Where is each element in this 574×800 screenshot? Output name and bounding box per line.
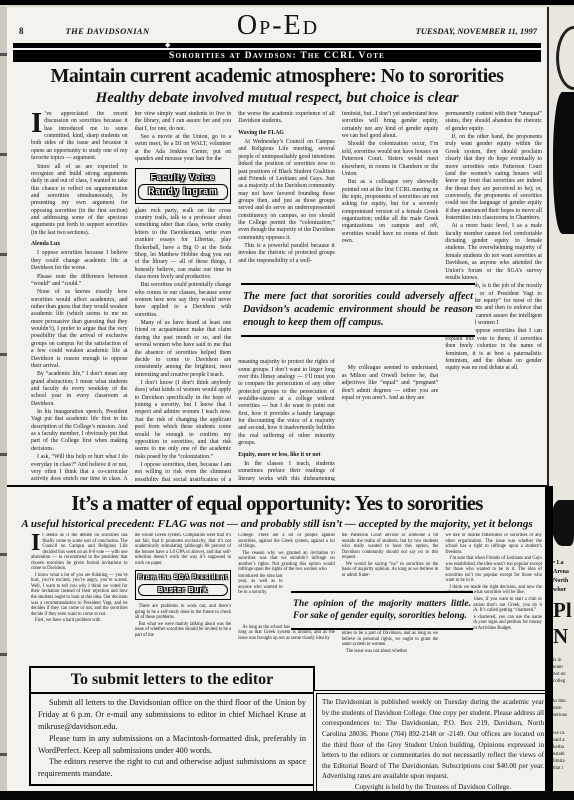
- paragraph: I oppose sororities, then, because I am …: [135, 462, 232, 481]
- header-right: TUESDAY, NOVEMBER 11, 1997: [319, 21, 537, 39]
- article1-columns: I’ve appreciated the recent discussion o…: [7, 111, 547, 481]
- adjacent-text-fragment: ketba: [553, 745, 564, 750]
- paragraph: There are problems to work out, and ther…: [135, 604, 232, 621]
- scanned-newspaper-page: 8 THE DAVIDSONIAN Op-Ed TUESDAY, NOVEMBE…: [0, 0, 574, 800]
- adjacent-text-fragment: team: [553, 665, 563, 670]
- adjacent-text-fragment: establ: [553, 752, 565, 757]
- paragraph: See a movie at the Union, go to a swim m…: [135, 134, 232, 163]
- paragraph: her view simply want students to live in…: [135, 111, 232, 133]
- adjacent-text-fragment: colleg: [553, 679, 565, 684]
- paragraph: we like or dislike fraternities or soror…: [445, 533, 542, 555]
- article1-column-2: her view simply want students to live in…: [135, 111, 232, 481]
- adjacent-text-fragment: we ca: [553, 731, 565, 736]
- adjacent-text-fragment: not on: [553, 672, 566, 677]
- paragraph: My colleague seemed to understand, as Mi…: [342, 365, 439, 402]
- faculty-voice-label: Faculty Voice: [138, 172, 229, 183]
- author-name: Buster Burk: [158, 585, 208, 594]
- scan-artifact-blob: [553, 92, 574, 234]
- paragraph: glam rock party, walk on the cross count…: [135, 208, 232, 282]
- section-subhead: Equity, more or less, like it or not: [238, 452, 335, 459]
- article2-columns: It seems as if the debate on sororities …: [7, 533, 547, 663]
- adjacent-text-fragment: limita: [553, 759, 565, 764]
- faculty-voice-box: Faculty Voice Randy Ingram: [135, 168, 232, 204]
- article2-column-1: It seems as if the debate on sororities …: [31, 533, 128, 663]
- article1-column-1: I’ve appreciated the recent discussion o…: [31, 111, 128, 481]
- letters-box-body: Submit all letters to the Davidsonian of…: [31, 694, 313, 784]
- paragraph: I don’t know (I don’t think anybody does…: [135, 380, 232, 461]
- paragraph: College. There are a lot of people again…: [238, 533, 335, 550]
- header-rule: ◆: [13, 43, 541, 48]
- article1-subhead: Healthy debate involved mutual respect, …: [7, 90, 547, 107]
- masthead-statement-box: The Davidsonian is published weekly on T…: [313, 690, 547, 793]
- paragraph: But as a colleague very shrewdly pointed…: [342, 179, 439, 245]
- paragraph: Please turn in any submissions on a Maci…: [38, 733, 306, 757]
- paragraph: But sororities could potentially change …: [135, 282, 232, 319]
- article2-pull-quote: The opinion of the majority matters litt…: [291, 591, 473, 630]
- article1-pull-quote: The mere fact that sororities could adve…: [241, 283, 475, 337]
- paragraph: the whole Greek system. Complaints were …: [135, 533, 232, 566]
- page-header: 8 THE DAVIDSONIAN Op-Ed TUESDAY, NOVEMBE…: [7, 7, 547, 40]
- scan-top-edge: [0, 0, 574, 7]
- section-subhead: Alenda Lux: [31, 241, 128, 248]
- paragraph: The issue was not about whether: [342, 649, 439, 655]
- article2-headline: It’s a matter of equal opportunity: Yes …: [11, 491, 543, 516]
- paragraph: ’ve appreciated the recent discussion on…: [31, 111, 128, 161]
- paragraph: None of us knows exactly how sororities …: [31, 289, 128, 370]
- paragraph: I know what a lot of you are thinking — …: [31, 573, 128, 617]
- wrapped-paragraph: introduced the idea last year, as well a…: [238, 574, 282, 624]
- paragraph: We would be saying “no” to sororities on…: [342, 562, 439, 579]
- adjacent-text-fragment: Arena: [553, 569, 569, 575]
- article2-column-2: the whole Greek system. Complaints were …: [135, 533, 232, 663]
- paragraph: Please note the difference between “woul…: [31, 274, 128, 289]
- paragraph: The reason why we granted an invitation …: [238, 551, 335, 573]
- diamond-icon: ◆: [165, 41, 170, 49]
- scan-left-edge: [0, 7, 7, 793]
- paragraph: Submit all letters to the Davidsonian of…: [38, 697, 306, 733]
- paragraph: permanently content with their “unequal”…: [445, 111, 542, 133]
- paragraph: In the classes I teach, students sometim…: [238, 461, 335, 481]
- section-subhead: Waving the FLAG: [238, 130, 335, 137]
- section-title: Op-Ed: [237, 16, 319, 36]
- page-fold-line: [547, 0, 549, 486]
- paragraph: t seems as if the debate on sororities h…: [31, 533, 128, 571]
- adjacent-headline-fragment: Pl: [553, 598, 572, 623]
- adjacent-text-fragment: that i: [553, 766, 563, 771]
- byline-box: Randy Ingram: [138, 184, 229, 199]
- byline-box: Buster Burk: [138, 584, 229, 597]
- author-name: Randy Ingram: [148, 186, 218, 196]
- topic-banner: Sororities at Davidson: The CCRL Vote: [13, 50, 541, 62]
- paragraph: Should the colonization occur, I’m told,…: [342, 141, 439, 178]
- page-number: 8: [19, 26, 24, 36]
- paragraph: the Patterson Court advisor or someone a…: [342, 533, 439, 561]
- paragraph: But what we were mainly talking about wa…: [135, 622, 232, 639]
- paragraph: This is a powerful parallel because it i…: [238, 243, 335, 265]
- adjacent-headline-fragment: N: [553, 624, 568, 649]
- paragraph: Since all of us are expected to recogniz…: [31, 164, 128, 238]
- paragraph: If, on the other hand, the proponents tr…: [445, 134, 542, 222]
- sga-president-label: From the SGA President: [138, 574, 229, 581]
- paragraph: By “academic life,” I don’t mean any gra…: [31, 371, 128, 408]
- paragraph: At Wednesday’s Council on Campus and Rel…: [238, 139, 335, 242]
- adjacent-page-graphic: [552, 500, 574, 546]
- page-fold-shadow: [545, 486, 553, 800]
- letters-to-editor-box: To submit letters to the editor Submit a…: [29, 666, 315, 786]
- paragraph: First, we have a hard problem with: [31, 618, 128, 624]
- letters-box-title: To submit letters to the editor: [31, 668, 313, 694]
- article-yes-to-sororities: It’s a matter of equal opportunity: Yes …: [7, 485, 547, 663]
- paragraph: feminist, but...I don’t yet understand h…: [342, 111, 439, 140]
- paragraph: I’m sure that when Friends of Lesbians a…: [445, 556, 542, 584]
- adjacent-text-fragment: whor: [553, 587, 566, 593]
- adjacent-text-fragment: earn: [553, 706, 562, 711]
- drop-cap: I: [31, 534, 40, 553]
- paragraph: nities to be a part of Davidson, and as …: [342, 631, 439, 648]
- paragraph: I oppose sororities because I believe th…: [31, 250, 128, 272]
- newspaper-page: 8 THE DAVIDSONIAN Op-Ed TUESDAY, NOVEMBE…: [7, 7, 547, 793]
- paragraph: meaning majority to protect the rights o…: [238, 359, 335, 447]
- adjacent-text-fragment: to don: [553, 699, 566, 704]
- article2-subhead: A useful historical precedent: FLAG was …: [7, 518, 547, 530]
- paragraph: The editors reserve the right to cut and…: [38, 756, 306, 780]
- paragraph: the worse the academic experience of all…: [238, 111, 335, 126]
- paragraph: The Davidsonian is published weekly on T…: [322, 697, 544, 782]
- adjacent-text-fragment: North: [553, 578, 568, 584]
- article1-headline: Maintain current academic atmosphere: No…: [11, 65, 543, 88]
- adjacent-text-fragment: • La: [553, 560, 564, 566]
- drop-cap: I: [31, 112, 42, 135]
- issue-date: TUESDAY, NOVEMBER 11, 1997: [416, 26, 537, 36]
- paragraph: Many of us have heard at least one frien…: [135, 320, 232, 379]
- sga-president-box: From the SGA President Buster Burk: [135, 570, 232, 600]
- paragraph: At a more basic level, I as a male facul…: [445, 223, 542, 282]
- adjacent-text-fragment: is in: [553, 658, 561, 663]
- paragraph: In his inauguration speech, President Va…: [31, 409, 128, 453]
- scan-bottom-edge: [0, 791, 574, 800]
- page-bottom: To submit letters to the editor Submit a…: [7, 666, 547, 793]
- header-left: 8 THE DAVIDSONIAN: [19, 26, 237, 36]
- masthead-statement: The Davidsonian is published weekly on T…: [316, 693, 547, 793]
- article-no-to-sororities: Maintain current academic atmosphere: No…: [7, 65, 547, 481]
- paper-name: THE DAVIDSONIAN: [66, 26, 150, 36]
- adjacent-text-fragment: said a: [553, 738, 565, 743]
- adjacent-text-fragment: serious: [553, 713, 567, 718]
- paragraph: I ask, “Will this help or hurt what I do…: [31, 454, 128, 481]
